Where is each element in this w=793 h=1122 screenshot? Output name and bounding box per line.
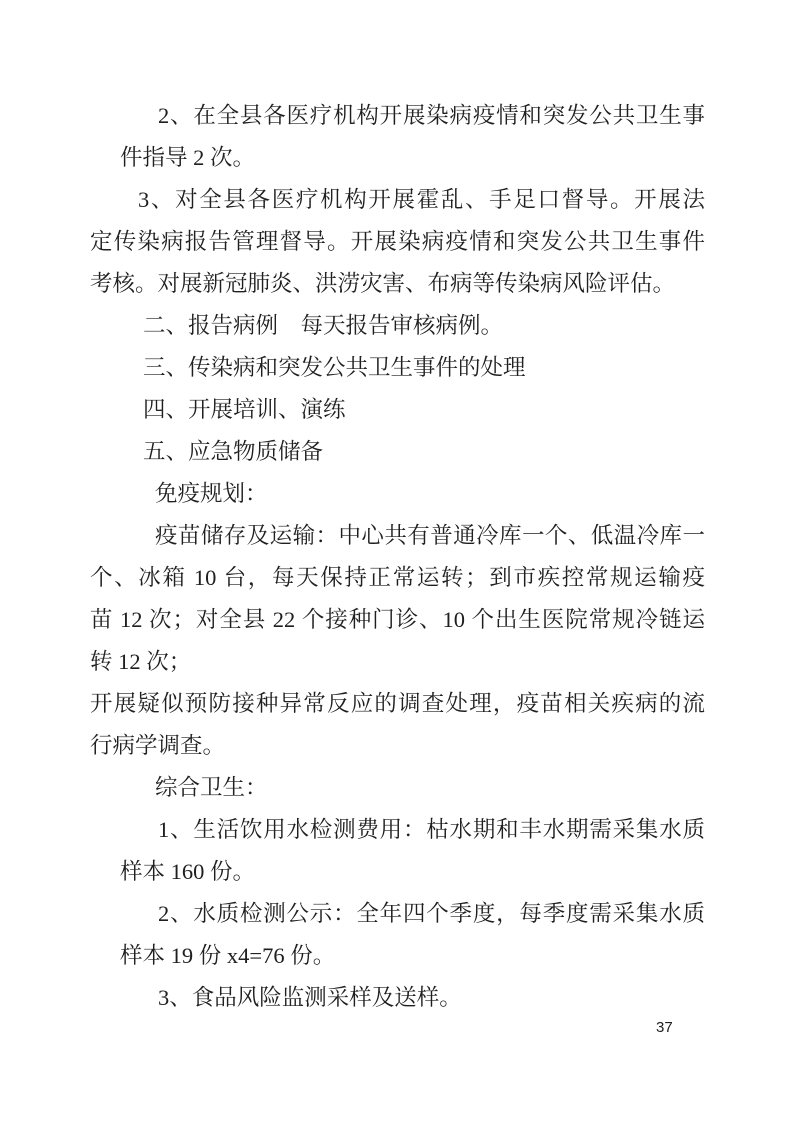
document-page: 2、在全县各医疗机构开展染病疫情和突发公共卫生事件指导 2 次。3、对全县各医疗… bbox=[0, 0, 793, 1122]
text-line: 考核。对展新冠肺炎、洪涝灾害、布病等传染病风险评估。 bbox=[90, 263, 705, 305]
text-line: 件指导 2 次。 bbox=[120, 137, 705, 179]
aefi-investigation: 开展疑似预防接种异常反应的调查处理，疫苗相关疾病的流行病学调查。 bbox=[90, 683, 705, 767]
text-line: 苗 12 次；对全县 22 个接种门诊、10 个出生医院常规冷链运 bbox=[90, 599, 705, 641]
item-2-water-quality-publicity: 2、水质检测公示：全年四个季度，每季度需采集水质样本 19 份 x4=76 份。 bbox=[120, 893, 705, 977]
text-line: 三、传染病和突发公共卫生事件的处理 bbox=[90, 347, 705, 389]
text-line: 定传染病报告管理督导。开展染病疫情和突发公共卫生事件 bbox=[90, 221, 705, 263]
text-line: 2、在全县各医疗机构开展染病疫情和突发公共卫生事 bbox=[120, 95, 705, 137]
text-line: 综合卫生： bbox=[90, 767, 705, 809]
text-line: 行病学调查。 bbox=[90, 725, 705, 767]
text-line: 五、应急物质储备 bbox=[90, 431, 705, 473]
section-5-emergency-supplies-reserve: 五、应急物质储备 bbox=[90, 431, 705, 473]
text-line: 开展疑似预防接种异常反应的调查处理，疫苗相关疾病的流 bbox=[90, 683, 705, 725]
text-line: 2、水质检测公示：全年四个季度，每季度需采集水质 bbox=[120, 893, 705, 935]
text-block: 2、在全县各医疗机构开展染病疫情和突发公共卫生事件指导 2 次。3、对全县各医疗… bbox=[90, 95, 705, 1019]
section-4-training-drills: 四、开展培训、演练 bbox=[90, 389, 705, 431]
item-1-drinking-water-testing: 1、生活饮用水检测费用：枯水期和丰水期需采集水质样本 160 份。 bbox=[120, 809, 705, 893]
item-3-supervision-and-assessment: 3、对全县各医疗机构开展霍乱、手足口督导。开展法定传染病报告管理督导。开展染病疫… bbox=[90, 179, 705, 305]
section-2-case-reporting: 二、报告病例 每天报告审核病例。 bbox=[90, 305, 705, 347]
label-immunization-planning: 免疫规划： bbox=[90, 473, 705, 515]
text-line: 3、对全县各医疗机构开展霍乱、手足口督导。开展法 bbox=[90, 179, 705, 221]
text-line: 3、食品风险监测采样及送样。 bbox=[120, 977, 705, 1019]
label-comprehensive-health: 综合卫生： bbox=[90, 767, 705, 809]
text-line: 二、报告病例 每天报告审核病例。 bbox=[90, 305, 705, 347]
text-line: 疫苗储存及运输：中心共有普通冷库一个、低温冷库一 bbox=[90, 515, 705, 557]
text-line: 样本 19 份 x4=76 份。 bbox=[120, 935, 705, 977]
text-line: 1、生活饮用水检测费用：枯水期和丰水期需采集水质 bbox=[120, 809, 705, 851]
text-line: 转 12 次； bbox=[90, 641, 705, 683]
vaccine-storage-and-transport: 疫苗储存及运输：中心共有普通冷库一个、低温冷库一个、冰箱 10 台，每天保持正常… bbox=[90, 515, 705, 683]
text-line: 个、冰箱 10 台，每天保持正常运转；到市疾控常规运输疫 bbox=[90, 557, 705, 599]
item-3-food-risk-monitoring: 3、食品风险监测采样及送样。 bbox=[120, 977, 705, 1019]
text-line: 四、开展培训、演练 bbox=[90, 389, 705, 431]
section-3-infectious-disease-event-handling: 三、传染病和突发公共卫生事件的处理 bbox=[90, 347, 705, 389]
text-line: 免疫规划： bbox=[90, 473, 705, 515]
item-2-medical-institution-guidance: 2、在全县各医疗机构开展染病疫情和突发公共卫生事件指导 2 次。 bbox=[120, 95, 705, 179]
page-number: 37 bbox=[656, 1019, 673, 1037]
text-line: 样本 160 份。 bbox=[120, 851, 705, 893]
